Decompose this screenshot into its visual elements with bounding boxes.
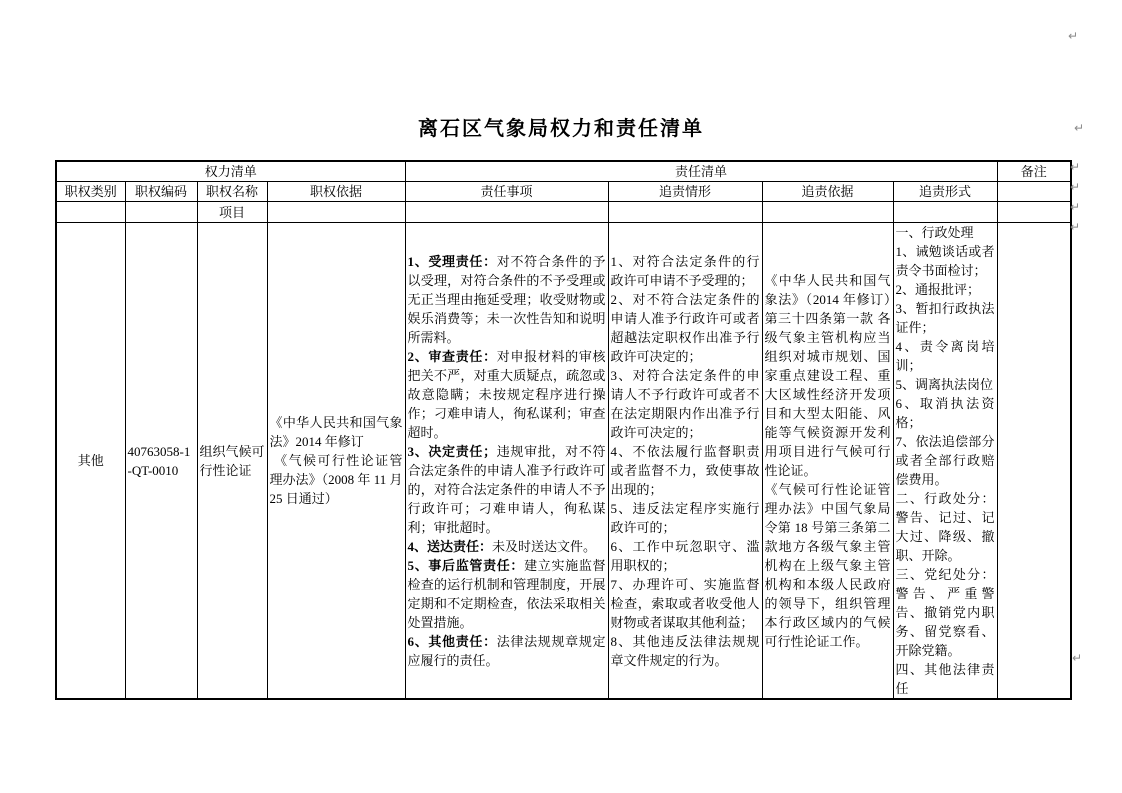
remark-cell bbox=[997, 223, 1071, 700]
authority-category-cell: 其他 bbox=[56, 223, 125, 700]
empty-cell bbox=[893, 202, 997, 223]
header-authority-name: 职权名称 bbox=[197, 182, 267, 202]
power-duty-table: 权力清单 责任清单 备注 职权类别 职权编码 职权名称 职权依据 责任事项 追责… bbox=[55, 160, 1072, 700]
remark-header: 备注 bbox=[997, 161, 1071, 182]
paragraph-mark-icon: ↵ bbox=[1074, 122, 1084, 134]
header-accountability-forms: 追责形式 bbox=[893, 182, 997, 202]
paragraph-mark-icon: ↵ bbox=[1072, 652, 1082, 664]
authority-basis-cell: 《中华人民共和国气象法》2014 年修订 《气候可行性论证管理办法》（2008 … bbox=[267, 223, 405, 700]
paragraph-mark-icon: ↵ bbox=[1068, 30, 1078, 42]
empty-cell bbox=[608, 202, 762, 223]
empty-cell bbox=[762, 202, 893, 223]
paragraph-mark-icon: ↵ bbox=[1070, 161, 1080, 173]
accountability-basis-cell: 《中华人民共和国气象法》（2014 年修订）第三十四条第一款 各级气象主管机构应… bbox=[762, 223, 893, 700]
authority-code-cell: 40763058-1-QT-0010 bbox=[125, 223, 197, 700]
header-duty-items: 责任事项 bbox=[405, 182, 608, 202]
empty-cell bbox=[125, 202, 197, 223]
header-accountability-basis: 追责依据 bbox=[762, 182, 893, 202]
paragraph-mark-icon: ↵ bbox=[1070, 181, 1080, 193]
power-list-group-header: 权力清单 bbox=[56, 161, 405, 182]
empty-cell bbox=[56, 202, 125, 223]
duty-list-group-header: 责任清单 bbox=[405, 161, 997, 182]
project-row: 项目 bbox=[56, 202, 1071, 223]
document-page: 离石区气象局权力和责任清单 权力清单 责任清单 备注 职权类别 职权编码 职权名… bbox=[0, 0, 1122, 793]
header-authority-category: 职权类别 bbox=[56, 182, 125, 202]
accountability-situations-cell: 1、对符合法定条件的行政许可申请不予受理的； 2、对不符合法定条件的申请人准予行… bbox=[608, 223, 762, 700]
empty-cell bbox=[267, 202, 405, 223]
page-title: 离石区气象局权力和责任清单 bbox=[0, 112, 1122, 141]
empty-cell bbox=[405, 202, 608, 223]
paragraph-mark-icon: ↵ bbox=[1070, 221, 1080, 233]
empty-cell bbox=[997, 202, 1071, 223]
paragraph-mark-icon: ↵ bbox=[1070, 201, 1080, 213]
authority-name-cell: 组织气候可行性论证 bbox=[197, 223, 267, 700]
data-row: 其他 40763058-1-QT-0010 组织气候可行性论证 《中华人民共和国… bbox=[56, 223, 1071, 700]
accountability-forms-cell: 一、行政处理 1、诫勉谈话或者责令书面检讨； 2、通报批评； 3、暂扣行政执法证… bbox=[893, 223, 997, 700]
header-authority-code: 职权编码 bbox=[125, 182, 197, 202]
project-label-cell: 项目 bbox=[197, 202, 267, 223]
duty-items-cell: 1、受理责任：对不符合条件的予以受理，对符合条件的不予受理或无正当理由拖延受理；… bbox=[405, 223, 608, 700]
group-header-row: 权力清单 责任清单 备注 bbox=[56, 161, 1071, 182]
header-authority-basis: 职权依据 bbox=[267, 182, 405, 202]
column-header-row: 职权类别 职权编码 职权名称 职权依据 责任事项 追责情形 追责依据 追责形式 bbox=[56, 182, 1071, 202]
header-accountability-situations: 追责情形 bbox=[608, 182, 762, 202]
empty-cell bbox=[997, 182, 1071, 202]
